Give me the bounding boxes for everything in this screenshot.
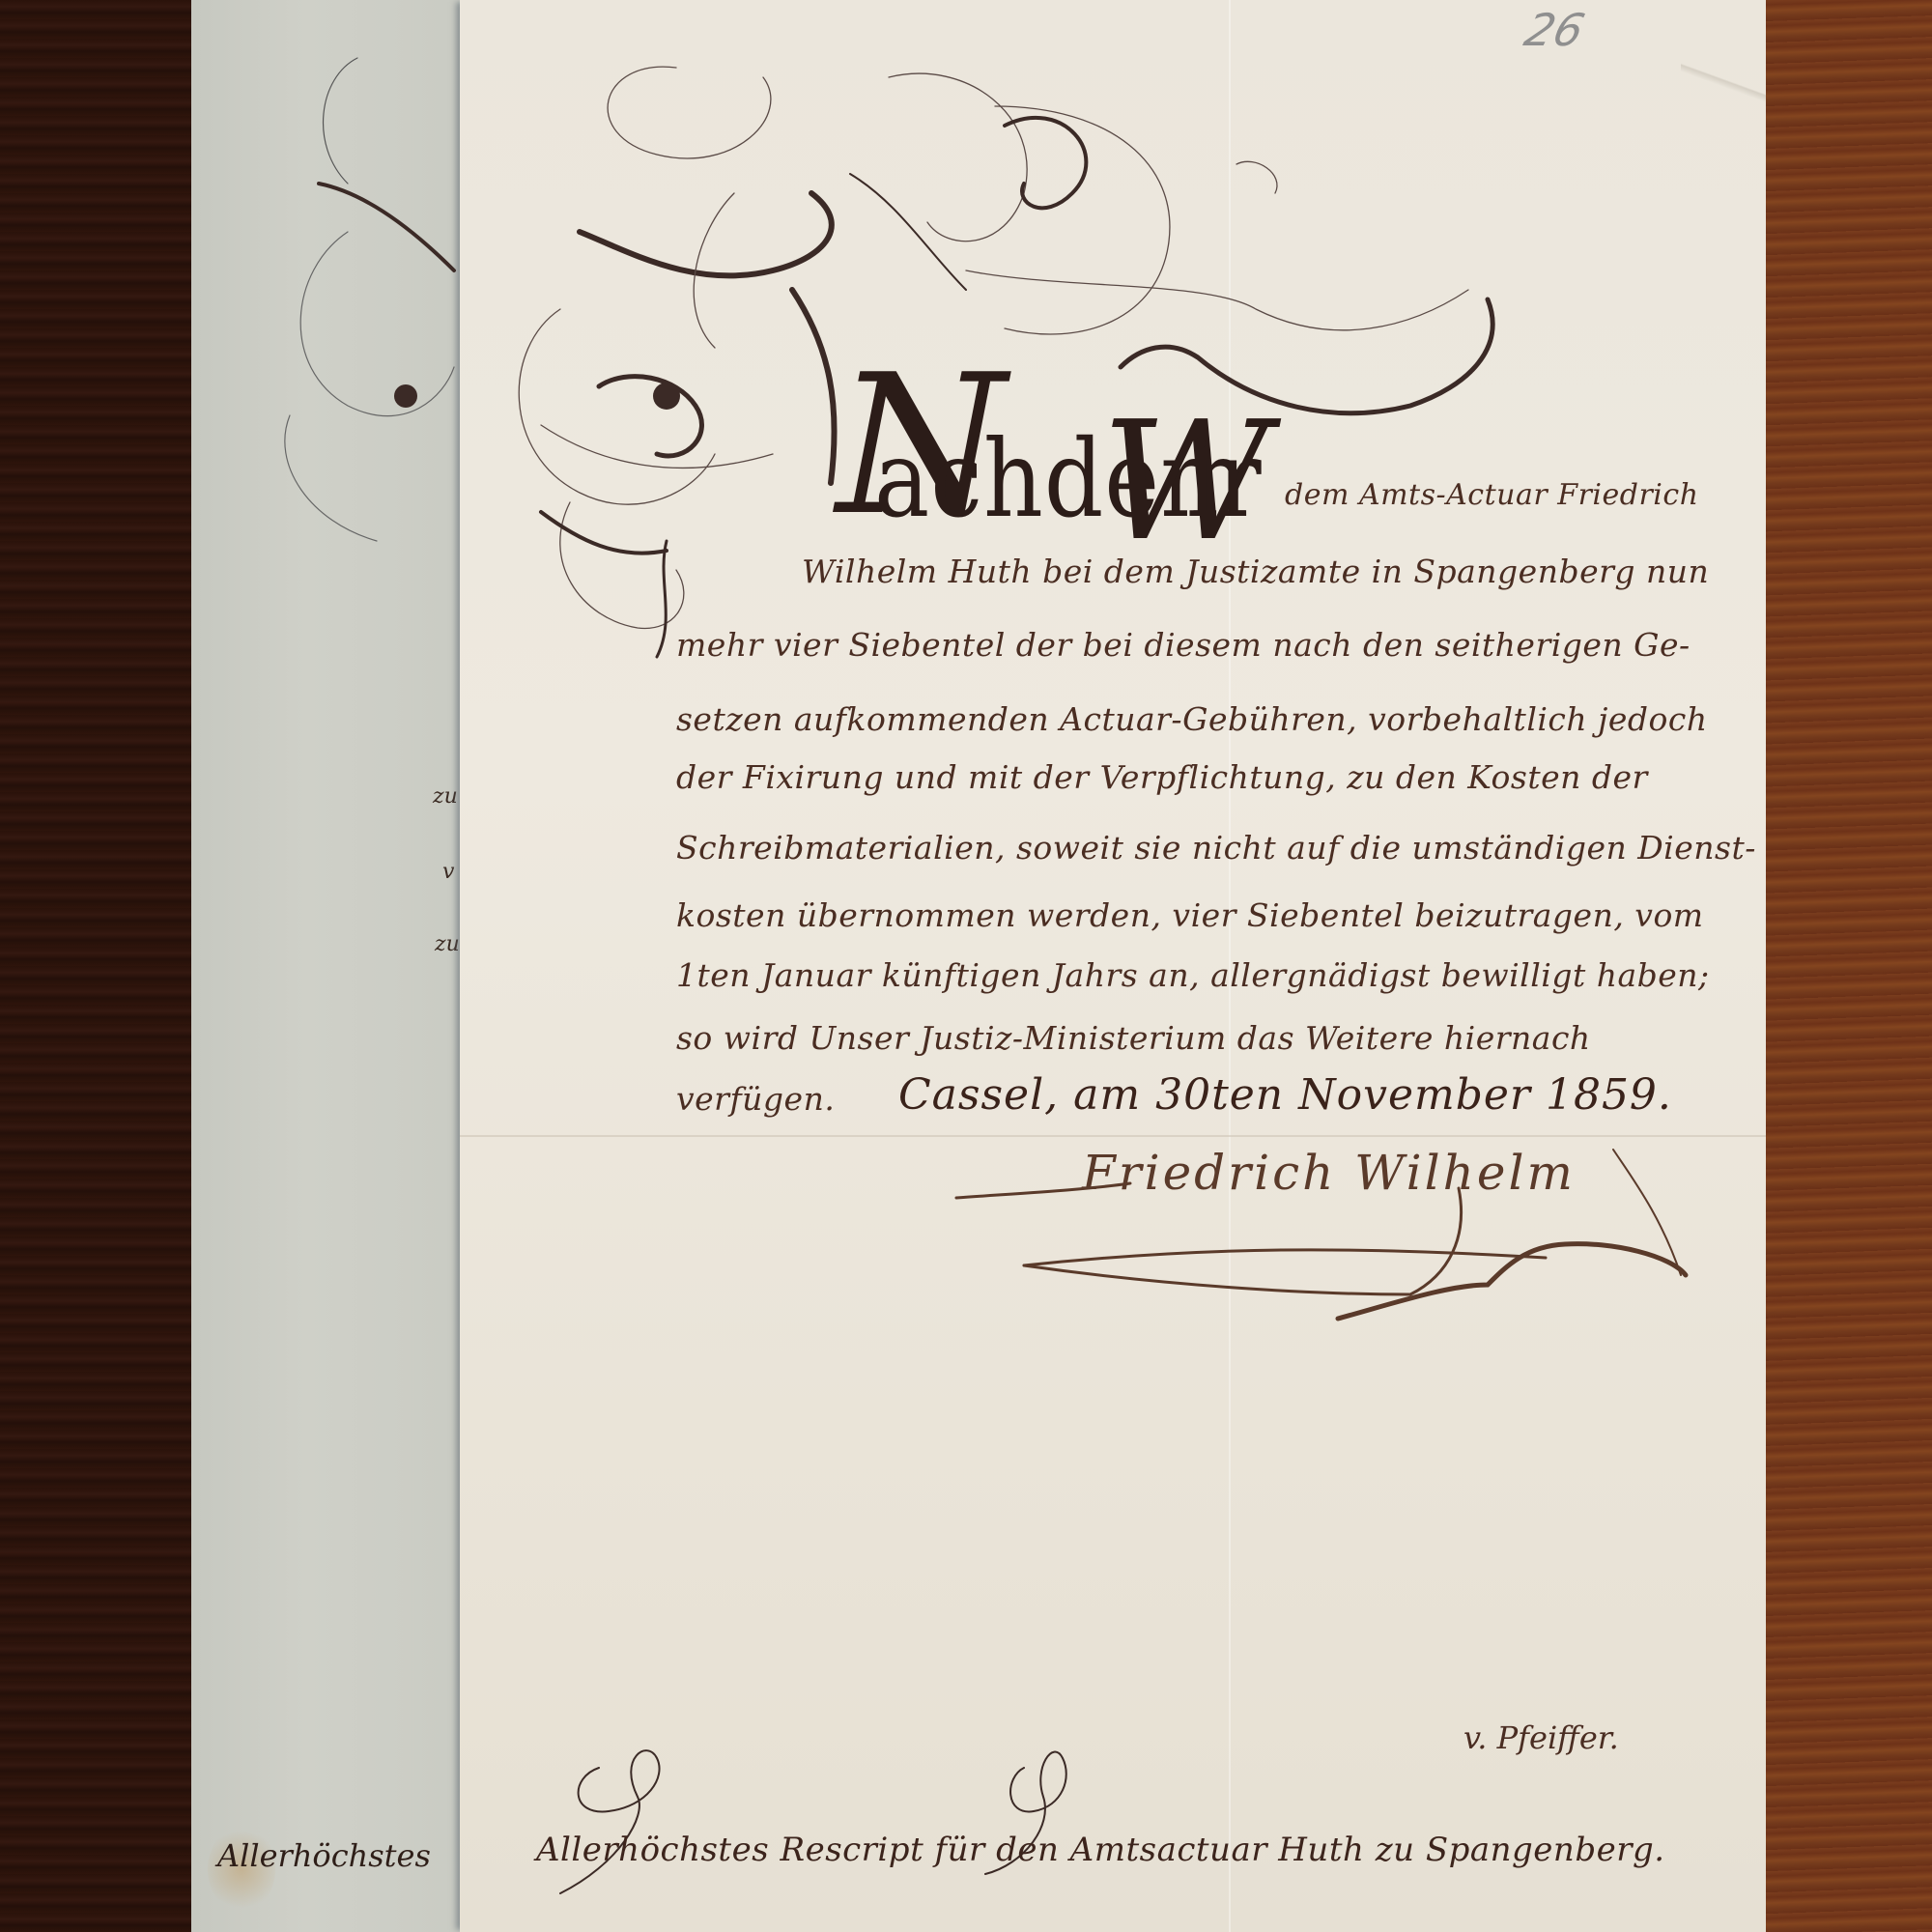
heading-word-ir: ir	[1186, 417, 1263, 542]
body-line: verfügen.	[676, 1080, 869, 1118]
body-line: der Fixirung und mit der Verpflichtung, …	[676, 758, 1748, 796]
document-footer-title: Allerhöchstes Rescript für den Amtsactua…	[536, 1831, 1665, 1869]
body-line: 1ten Januar künftigen Jahrs an, allergnä…	[676, 956, 1748, 994]
countersignature: v. Pfeiffer.	[1463, 1719, 1619, 1756]
body-line: mehr vier Siebentel der bei diesem nach …	[676, 626, 1748, 664]
body-line: kosten übernommen werden, vier Siebentel…	[676, 896, 1748, 934]
body-line: dem Amts-Actuar Friedrich	[1285, 478, 1932, 512]
body-line: Wilhelm Huth bei dem Justizamte in Spang…	[802, 553, 1874, 590]
body-line: Schreibmaterialien, soweit sie nicht auf…	[676, 829, 1748, 867]
body-line: setzen aufkommenden Actuar-Gebühren, vor…	[676, 700, 1748, 738]
signature: Friedrich Wilhelm	[1082, 1145, 1576, 1201]
place-and-date: Cassel, am 30ten November 1859.	[898, 1070, 1672, 1120]
body-line: so wird Unser Justiz-Ministerium das Wei…	[676, 1019, 1748, 1057]
